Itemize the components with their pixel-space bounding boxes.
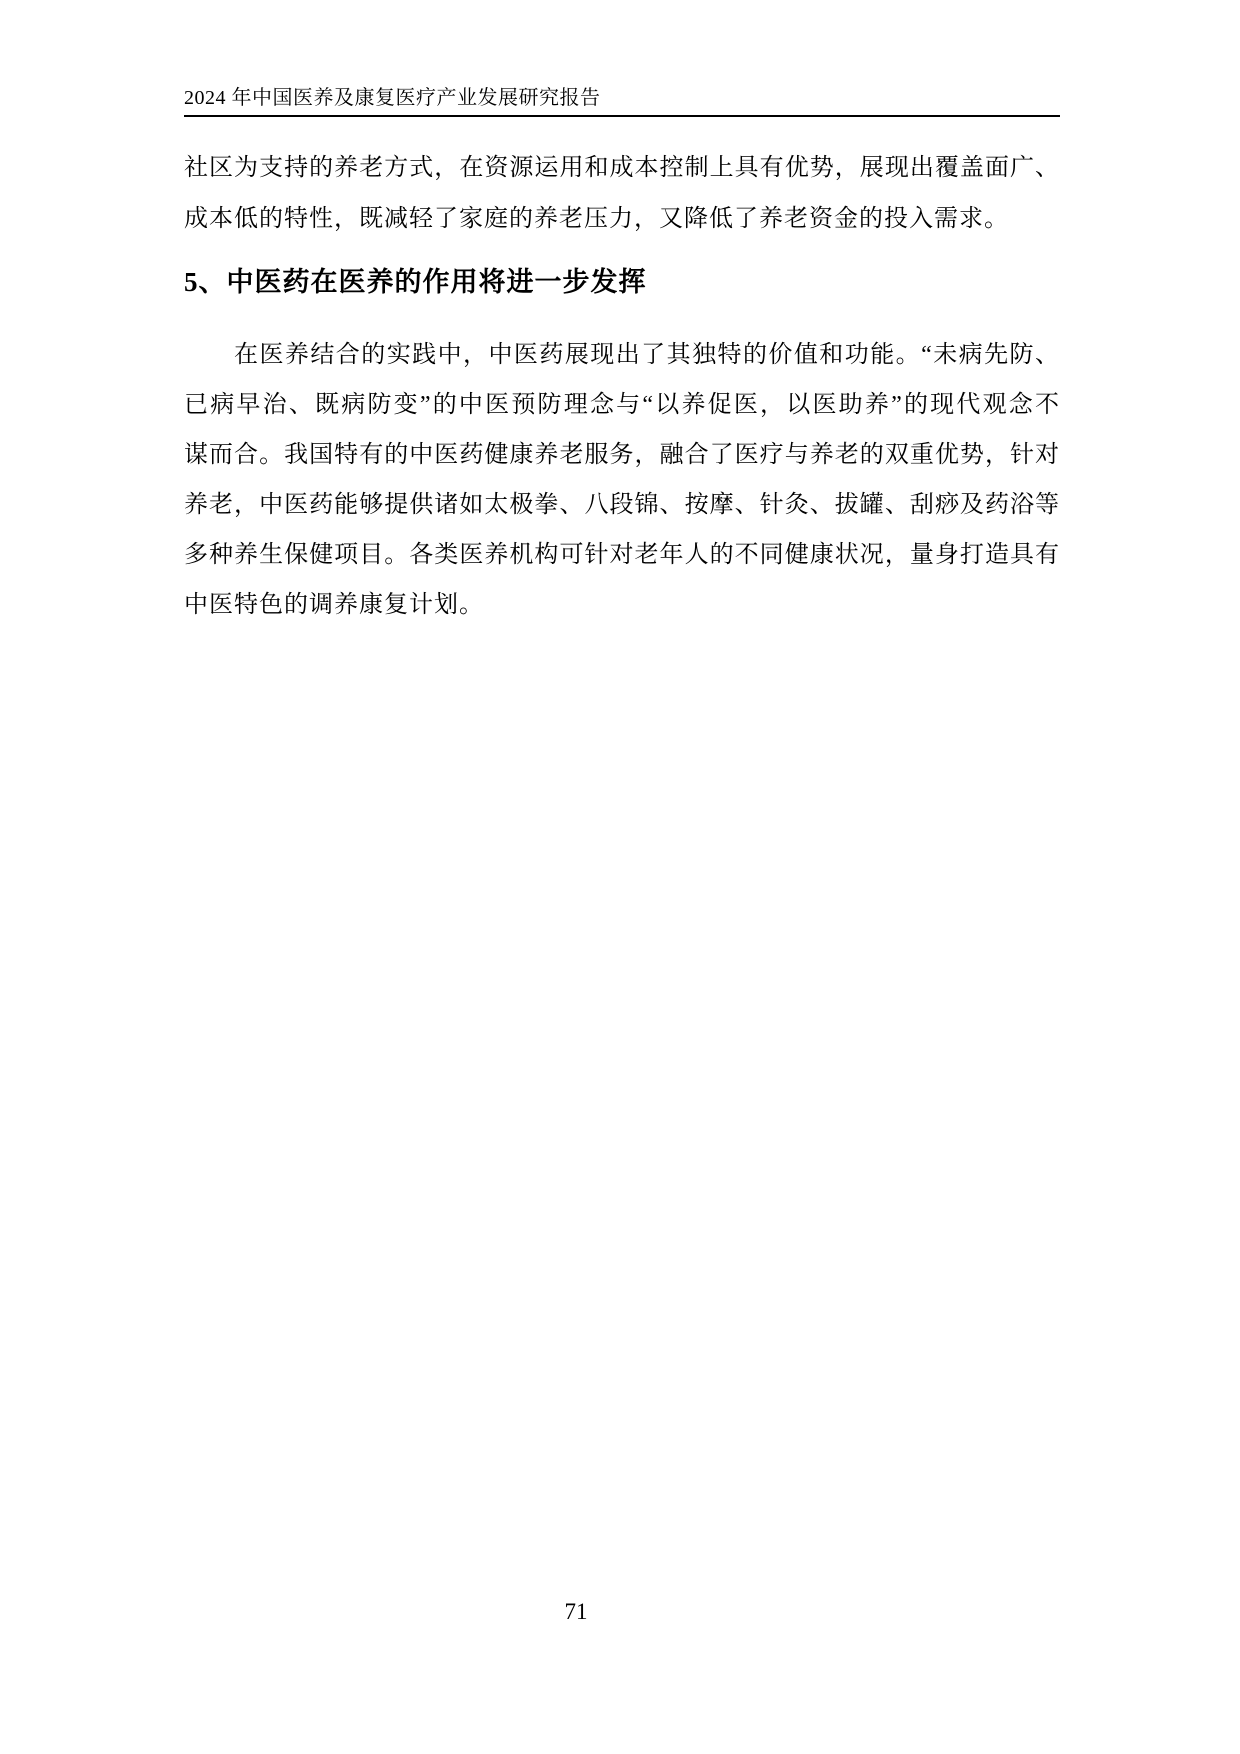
section-heading-tcm: 5、中医药在医养的作用将进一步发挥 xyxy=(184,262,1060,302)
text-line: 成本低的特性，既减轻了家庭的养老压力，又降低了养老资金的投入需求。 xyxy=(184,194,1060,245)
paragraph-community-care: 社区为支持的养老方式，在资源运用和成本控制上具有优势，展现出覆盖面广、 成本低的… xyxy=(184,143,1060,245)
page-header: 2024 年中国医养及康复医疗产业发展研究报告 xyxy=(184,86,1060,117)
text-line: 多种养生保健项目。各类医养机构可针对老年人的不同健康状况，量身打造具有 xyxy=(184,530,1060,580)
page-number: 71 xyxy=(565,1598,588,1626)
document-page: 2024 年中国医养及康复医疗产业发展研究报告 社区为支持的养老方式，在资源运用… xyxy=(0,0,1240,1754)
text-line: 在医养结合的实践中，中医药展现出了其独特的价值和功能。“未病先防、 xyxy=(184,330,1060,380)
paragraph-tcm-role: 在医养结合的实践中，中医药展现出了其独特的价值和功能。“未病先防、 已病早治、既… xyxy=(184,330,1060,630)
text-line: 已病早治、既病防变”的中医预防理念与“以养促医，以医助养”的现代观念不 xyxy=(184,380,1060,430)
text-line: 谋而合。我国特有的中医药健康养老服务，融合了医疗与养老的双重优势，针对 xyxy=(184,430,1060,480)
text-line: 社区为支持的养老方式，在资源运用和成本控制上具有优势，展现出覆盖面广、 xyxy=(184,143,1060,194)
text-line: 养老，中医药能够提供诸如太极拳、八段锦、按摩、针灸、拔罐、刮痧及药浴等 xyxy=(184,480,1060,530)
report-title: 2024 年中国医养及康复医疗产业发展研究报告 xyxy=(184,86,1060,110)
text-line: 中医特色的调养康复计划。 xyxy=(184,580,1060,630)
